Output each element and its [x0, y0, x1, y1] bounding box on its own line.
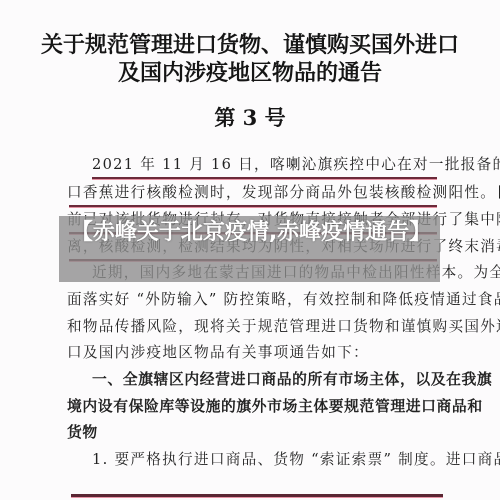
headline-overlay-text: 【赤峰关于北京疫情,赤峰疫情通告】	[64, 219, 438, 247]
document-number: 第 3 号	[0, 102, 500, 132]
underline-mark	[69, 205, 437, 207]
paragraph-line: 1. 要严格执行进口商品、货物 “索证索票” 制度。进口商品	[92, 450, 437, 470]
document-title-line-1: 关于规范管理进口货物、谨慎购买国外进口	[0, 28, 500, 59]
section-heading-line: 货物	[67, 423, 437, 443]
paragraph-line: 和物品传播风险，现将关于规范管理进口货物和谨慎购买国外进	[67, 317, 437, 337]
document-title-line-2: 及国内涉疫地区物品的通告	[0, 56, 500, 87]
section-heading-line: 一、全旗辖区内经营进口商品的所有市场主体，以及在我旗	[92, 370, 437, 390]
document-page: 关于规范管理进口货物、谨慎购买国外进口 及国内涉疫地区物品的通告 第 3 号 2…	[0, 0, 500, 500]
section-heading-line: 境内设有保险库等设施的旗外市场主体要规范管理进口商品和	[67, 397, 437, 417]
paragraph-line: 2021 年 11 月 16 日，喀喇沁旗疾控中心在对一批报备的进	[92, 155, 437, 175]
bottom-divider	[71, 494, 443, 497]
paragraph-line: 口香蕉进行核酸检测时，发现部分商品外包装核酸检测阳性。目	[67, 183, 437, 203]
underline-mark	[92, 177, 437, 179]
paragraph-line: 面落实好 “外防输入” 防控策略，有效控制和降低疫情通过食品	[67, 290, 437, 310]
paragraph-line: 口及国内涉疫地区物品有关事项通告如下：	[67, 343, 437, 363]
